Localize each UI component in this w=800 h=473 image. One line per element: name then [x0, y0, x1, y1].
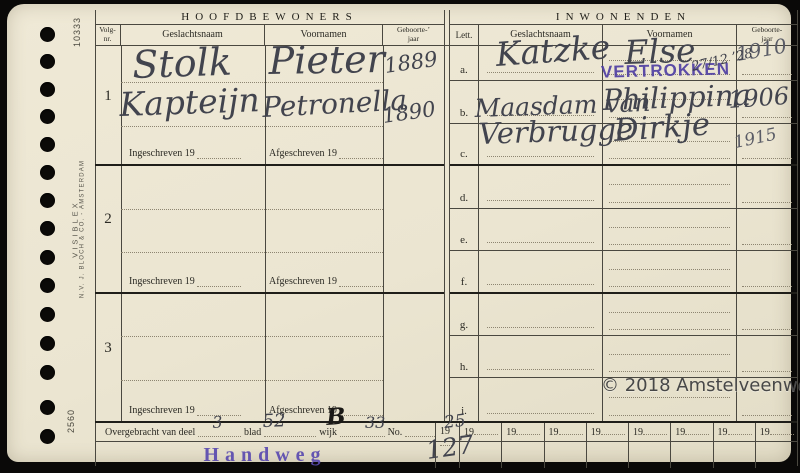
ingeschreven-label: Ingeschreven 19: [129, 276, 241, 287]
handwriting-voornamen: Dirkje: [613, 109, 711, 147]
street-cell: Handweg: [95, 442, 435, 468]
punch-hole: [40, 109, 55, 124]
year-cell: 19: [501, 423, 543, 442]
lett-label: g.: [450, 294, 479, 335]
dotted-blank: [474, 426, 498, 435]
handwriting-year-written: 25: [443, 413, 466, 432]
lett-label: e.: [450, 209, 479, 250]
empty-cell: [586, 442, 628, 468]
header-geboortejaar-line2: jaar: [408, 35, 419, 44]
geslachtsnaam-cell: [479, 209, 603, 250]
year-prefix: 19: [633, 427, 643, 438]
blad-label: blad: [244, 427, 261, 438]
ingeschreven-label: Ingeschreven 19: [129, 405, 241, 416]
deel-label: Overgebracht van deel: [105, 427, 195, 438]
dotted-blank: [516, 426, 540, 435]
inwonenden-row-h: h.: [450, 336, 797, 378]
ingeschreven-text: Ingeschreven 19: [129, 148, 195, 159]
punch-hole: [40, 365, 55, 380]
dotted-blank: [685, 426, 709, 435]
voornamen-cell: [603, 251, 737, 292]
year-cell: 19: [670, 423, 712, 442]
year-prefix: 19: [718, 427, 728, 438]
punch-hole: [40, 165, 55, 180]
inwonenden-row-e: e.: [450, 209, 797, 251]
afgeschreven-label: Afgeschreven 19: [269, 148, 383, 159]
dotted-blank: [339, 150, 383, 159]
dotted-blank: [728, 426, 752, 435]
lett-label: d.: [450, 166, 479, 208]
inwonenden-row-d: d.: [450, 166, 797, 209]
punch-hole: [40, 400, 55, 415]
handwriting-geslachtsnaam: Kapteijn: [119, 83, 260, 121]
geslachtsnaam-cell: [479, 378, 603, 421]
empty-cell: [544, 442, 586, 468]
ingeschreven-label: Ingeschreven 19: [129, 148, 241, 159]
rule-line: [121, 336, 383, 337]
year-prefix: 19: [760, 427, 770, 438]
rule-line: [121, 126, 383, 127]
dotted-blank: [643, 426, 667, 435]
year-prefix: 19: [591, 427, 601, 438]
hoofdbewoners-section-3: 3 Ingeschreven 19 Afgeschreven 19: [95, 294, 444, 421]
voornamen-cell: [603, 336, 737, 377]
punch-hole: [40, 193, 55, 208]
header-volgnr: Volg- nr.: [95, 24, 121, 45]
handwriting-geboortejaar: 1906: [727, 84, 790, 112]
year-cell: 19: [713, 423, 755, 442]
geboortejaar-cell: [737, 166, 797, 208]
geboortejaar-cell: [737, 294, 797, 335]
punch-hole: [40, 137, 55, 152]
handwriting-geslachtsnaam: Stolk: [132, 43, 233, 84]
punch-hole: [40, 429, 55, 444]
dotted-blank: [197, 278, 241, 287]
handwriting-voornamen: Pieter: [268, 40, 385, 80]
hoofdbewoners-title: HOOFDBEWONERS: [95, 10, 444, 25]
form-number: 10333: [72, 17, 82, 47]
voornamen-cell: [603, 166, 737, 208]
geboortejaar-cell: [737, 209, 797, 250]
header-geboortejaar-left: Geboorte-’ jaar: [383, 24, 444, 45]
empty-cell: [670, 442, 712, 468]
ingeschreven-text: Ingeschreven 19: [129, 276, 195, 287]
header-volgnr-line2: nr.: [104, 35, 112, 44]
punch-hole: [40, 278, 55, 293]
year-cell: 19: [586, 423, 628, 442]
volgnummer: 1: [95, 88, 121, 105]
stock-number: 2560: [66, 409, 76, 433]
empty-cell: [713, 442, 755, 468]
handwriting-geslachtsnaam: Katzke: [495, 30, 612, 71]
volgnummer: 3: [95, 340, 121, 357]
geslachtsnaam-cell: [479, 336, 603, 377]
geboortejaar-cell: [737, 336, 797, 377]
geslachtsnaam-cell: [479, 294, 603, 335]
lett-label: c.: [450, 124, 479, 164]
year-prefix: 19: [675, 427, 685, 438]
punch-hole: [40, 82, 55, 97]
punch-hole: [40, 221, 55, 236]
rule-line: [121, 380, 383, 381]
year-cell: 19: [755, 423, 797, 442]
brand-name: VISIBLEX: [71, 160, 80, 298]
lett-label: h.: [450, 336, 479, 377]
geslachtsnaam-cell: [479, 166, 603, 208]
voornamen-cell: [603, 294, 737, 335]
header-lett: Lett.: [450, 24, 479, 45]
hoofdbewoners-section-2: 2 Ingeschreven 19 Afgeschreven 19: [95, 166, 444, 294]
inwonenden-row-g: g.: [450, 294, 797, 336]
dotted-blank: [770, 426, 794, 435]
lett-label: f.: [450, 251, 479, 292]
lett-label: a.: [450, 46, 479, 80]
dotted-blank: [197, 150, 241, 159]
ingeschreven-text: Ingeschreven 19: [129, 405, 195, 416]
handwriting-no: 33: [365, 415, 385, 431]
street-stamp: Handweg: [203, 444, 326, 466]
handwriting-geslachtsnaam: Verbrugge: [478, 115, 634, 149]
empty-cell: [628, 442, 670, 468]
punch-hole: [40, 250, 55, 265]
handwriting-blad: 52: [262, 412, 286, 431]
handwriting-number: 127: [425, 432, 476, 463]
rule-line: [121, 252, 383, 253]
dotted-blank: [601, 426, 625, 435]
afgeschreven-label: Afgeschreven 19: [269, 276, 383, 287]
inwonenden-row-f: f.: [450, 251, 797, 294]
year-cell: 19: [544, 423, 586, 442]
punch-hole: [40, 54, 55, 69]
empty-cell: [501, 442, 543, 468]
rule-line: [121, 209, 383, 210]
handwriting-wijk: B: [325, 405, 346, 429]
empty-cell: [755, 442, 797, 468]
scanned-register-card-photo: 10333 VISIBLEX N.V. J. BLOCH & CO. - AMS…: [0, 0, 800, 473]
copyright-watermark: © 2018 Amstelveenweb.com: [601, 375, 800, 396]
inwonenden-title: INWONENDEN: [450, 10, 797, 25]
afgeschreven-text: Afgeschreven 19: [269, 276, 337, 287]
handwriting-deel: 3: [212, 414, 223, 431]
rule-line: [797, 10, 798, 466]
punch-hole: [40, 336, 55, 351]
printer-imprint: VISIBLEX N.V. J. BLOCH & CO. - AMSTERDAM: [71, 160, 86, 298]
dotted-blank: [559, 426, 583, 435]
punch-hole: [40, 307, 55, 322]
year-prefix: 19: [506, 427, 516, 438]
dotted-blank: [339, 278, 383, 287]
brand-maker: N.V. J. BLOCH & CO. - AMSTERDAM: [80, 160, 86, 298]
volgnummer: 2: [95, 211, 121, 228]
punch-hole: [40, 27, 55, 42]
voornamen-cell: [603, 209, 737, 250]
year-prefix: 19: [549, 427, 559, 438]
register-card: 10333 VISIBLEX N.V. J. BLOCH & CO. - AMS…: [7, 4, 791, 462]
geboortejaar-cell: [737, 251, 797, 292]
year-cell: 19: [628, 423, 670, 442]
afgeschreven-text: Afgeschreven 19: [269, 148, 337, 159]
geslachtsnaam-cell: [479, 251, 603, 292]
no-label: No.: [388, 427, 403, 438]
